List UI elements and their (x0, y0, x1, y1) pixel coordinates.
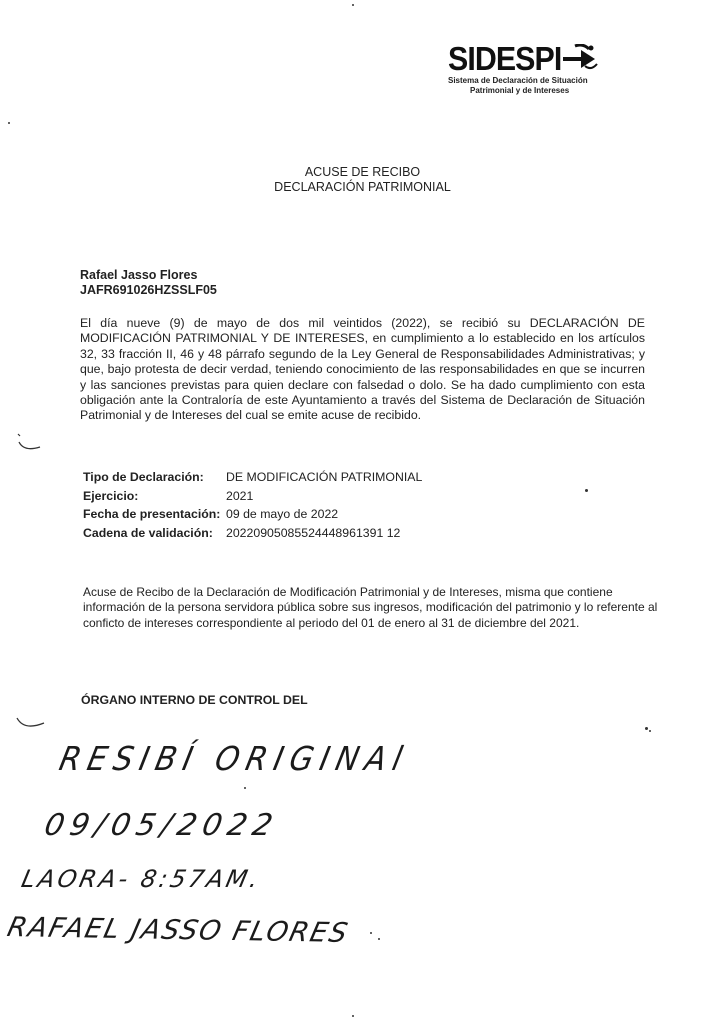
handwritten-date: 09/05/2022 (41, 808, 281, 843)
field-row-tipo: Tipo de Declaración: DE MODIFICACIÓN PAT… (83, 468, 422, 487)
body-paragraph: El día nueve (9) de mayo de dos mil vein… (80, 316, 645, 424)
field-row-cadena: Cadena de validación: 202209050855244489… (83, 524, 422, 543)
handwritten-signature-name: RAFAEL JASSO FLORES (4, 912, 352, 949)
scan-dot (244, 787, 246, 789)
scan-dot (378, 938, 380, 940)
logo-subtitle-line2: Patrimonial y de Intereses (448, 86, 608, 96)
field-label: Fecha de presentación: (83, 505, 226, 524)
declaration-fields: Tipo de Declaración: DE MODIFICACIÓN PAT… (83, 468, 422, 542)
handwritten-time: LAORA- 8:57AM. (19, 865, 264, 893)
declarant-info: Rafael Jasso Flores JAFR691026HZSSLF05 (80, 268, 217, 298)
issuing-organ: ÓRGANO INTERNO DE CONTROL DEL (81, 693, 308, 707)
sidespi-logo: SIDESPI Sistema de Declaración de Situac… (448, 42, 608, 98)
summary-paragraph: Acuse de Recibo de la Declaración de Mod… (83, 585, 663, 631)
field-value: 2021 (226, 487, 253, 506)
declarant-rfc: JAFR691026HZSSLF05 (80, 283, 217, 298)
scan-dot (645, 727, 648, 730)
document-title: ACUSE DE RECIBO DECLARACIÓN PATRIMONIAL (0, 165, 725, 195)
logo-subtitle: Sistema de Declaración de Situación Patr… (448, 76, 608, 96)
scan-dot (649, 730, 651, 732)
title-line2: DECLARACIÓN PATRIMONIAL (0, 180, 725, 195)
declarant-name: Rafael Jasso Flores (80, 268, 217, 283)
field-label: Cadena de validación: (83, 524, 226, 543)
field-label: Ejercicio: (83, 487, 226, 506)
field-row-fecha: Fecha de presentación: 09 de mayo de 202… (83, 505, 422, 524)
scan-dot (370, 932, 372, 934)
logo-arrow-icon (561, 44, 599, 72)
field-row-ejercicio: Ejercicio: 2021 (83, 487, 422, 506)
margin-mark-icon (14, 715, 48, 733)
scan-dot (8, 122, 10, 124)
field-label: Tipo de Declaración: (83, 468, 226, 487)
scan-dot (585, 489, 588, 492)
logo-wordmark: SIDESPI (448, 42, 561, 75)
scan-dot (352, 4, 354, 6)
margin-mark-icon (14, 428, 44, 458)
field-value: DE MODIFICACIÓN PATRIMONIAL (226, 468, 422, 487)
title-line1: ACUSE DE RECIBO (0, 165, 725, 180)
scan-dot (352, 1015, 354, 1017)
field-value: 09 de mayo de 2022 (226, 505, 338, 524)
field-value: 20220905085524448961391 12 (226, 524, 400, 543)
logo-subtitle-line1: Sistema de Declaración de Situación (448, 76, 608, 86)
handwritten-received-original: RESIBÍ ORIGINAl (56, 740, 413, 779)
